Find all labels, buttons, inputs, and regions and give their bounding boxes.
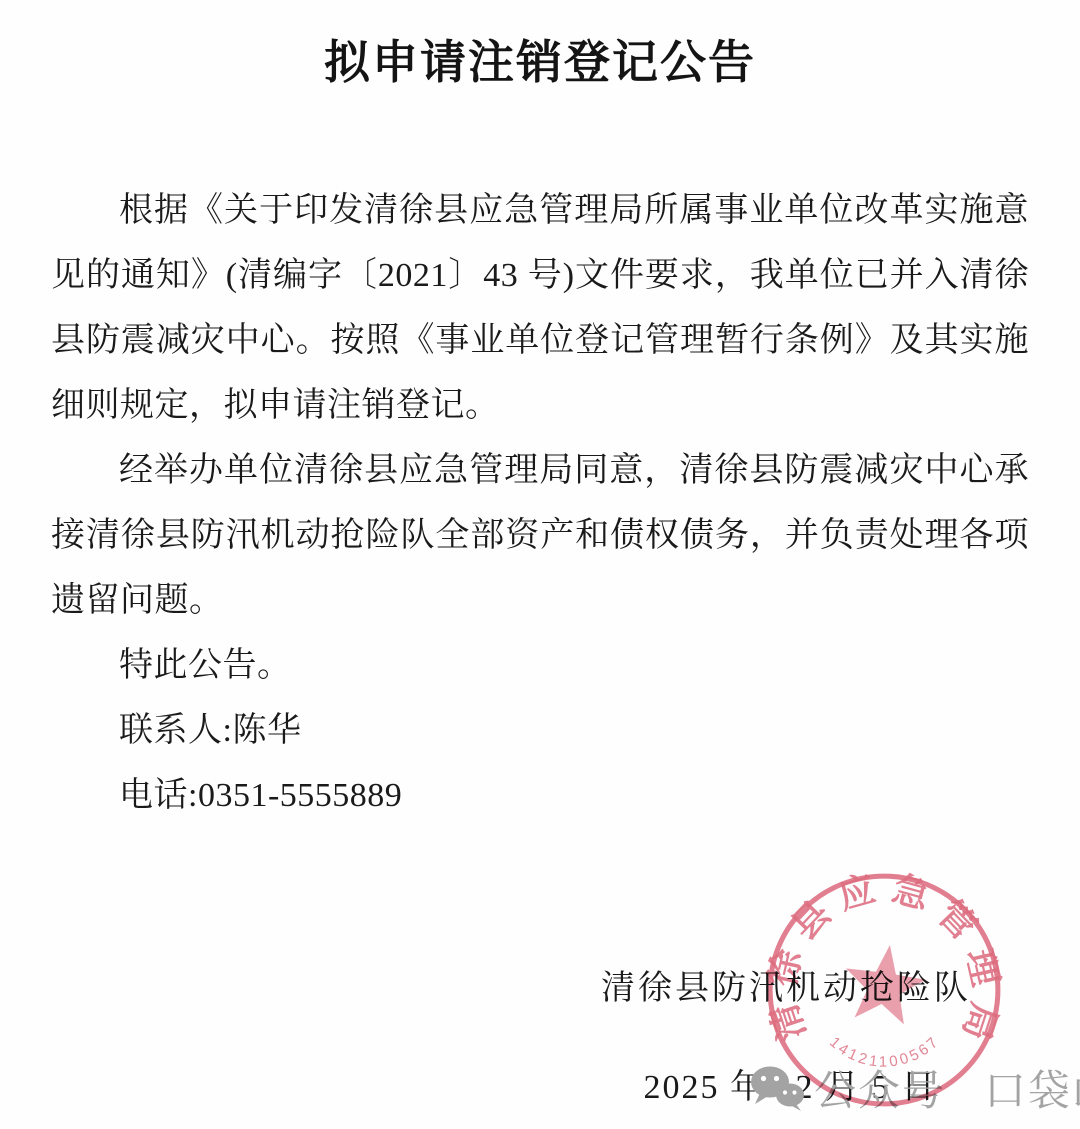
contact-person-line: 联系人:陈华 (51, 698, 1029, 763)
wechat-icon (750, 1065, 806, 1111)
page-title: 拟申请注销登记公告 (0, 0, 1080, 92)
signature-org: 清徐县防汛机动抢险队 (51, 956, 1029, 1021)
watermark-label-right: 口袋山西 (984, 1058, 1080, 1118)
contact-phone-line: 电话:0351-5555889 (51, 763, 1029, 828)
document-body: 根据《关于印发清徐县应急管理局所属事业单位改革实施意见的通知》(清编字〔2021… (51, 178, 1029, 1120)
body-paragraph: 特此公告。 (51, 633, 1029, 698)
watermark: 公众号 口袋山西 (750, 1058, 1080, 1118)
body-paragraph: 根据《关于印发清徐县应急管理局所属事业单位改革实施意见的通知》(清编字〔2021… (51, 178, 1029, 438)
body-paragraph: 经举办单位清徐县应急管理局同意，清徐县防震减灾中心承接清徐县防汛机动抢险队全部资… (51, 438, 1029, 633)
document-page: 拟申请注销登记公告 根据《关于印发清徐县应急管理局所属事业单位改革实施意见的通知… (0, 0, 1080, 1129)
watermark-label-left: 公众号 (814, 1058, 946, 1118)
